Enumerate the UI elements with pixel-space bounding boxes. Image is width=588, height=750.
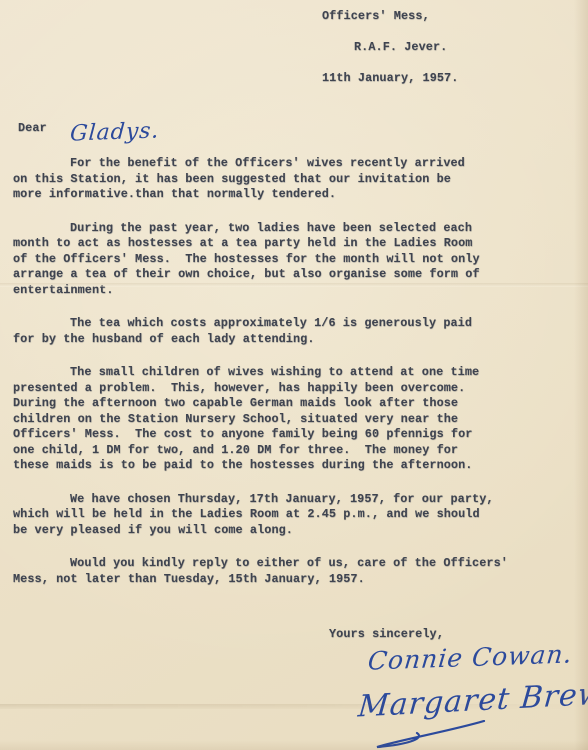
header-station-line: R.A.F. Jever. <box>322 39 458 55</box>
header-mess-line: Officers' Mess, <box>322 8 458 24</box>
signature-connie-cowan: Connie Cowan. <box>367 639 575 675</box>
signature-flourish <box>372 720 492 750</box>
salutation-typed: Dear <box>18 121 47 135</box>
salutation: Dear Gladys. <box>18 120 160 145</box>
salutation-name-handwritten: Gladys. <box>69 118 160 146</box>
letter-body: For the benefit of the Officers' wives r… <box>13 156 573 605</box>
letter-header: Officers' Mess, R.A.F. Jever. 11th Janua… <box>322 8 458 101</box>
paper-edge-shadow-bottom <box>0 740 588 750</box>
closing-line: Yours sincerely, <box>329 626 444 642</box>
letter-paper: Officers' Mess, R.A.F. Jever. 11th Janua… <box>0 0 588 750</box>
paragraph-1: For the benefit of the Officers' wives r… <box>13 156 573 203</box>
signature-margaret-brewed: Margaret Brewed <box>357 674 588 724</box>
paragraph-4: The small children of wives wishing to a… <box>13 365 573 474</box>
header-date-line: 11th January, 1957. <box>322 70 458 86</box>
paragraph-2: During the past year, two ladies have be… <box>13 221 573 299</box>
paragraph-3: The tea which costs approximately 1/6 is… <box>13 316 573 347</box>
paragraph-5: We have chosen Thursday, 17th January, 1… <box>13 492 573 539</box>
paper-edge-shadow-right <box>574 0 588 750</box>
paragraph-6: Would you kindly reply to either of us, … <box>13 556 573 587</box>
